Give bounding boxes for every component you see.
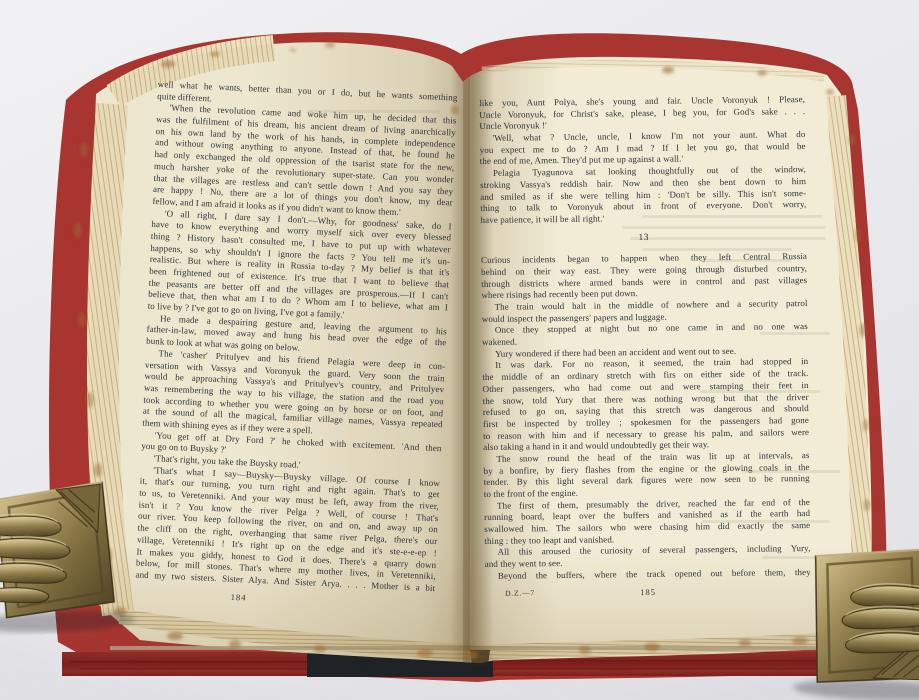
paragraph: like you, Aunt Polya, she's young and fa… [479,94,805,133]
right-page-text-bottom: Curious incidents began to happen when t… [481,251,811,582]
paragraph: 'Well, what ? Uncle, uncle, I know I'm n… [479,129,805,168]
right-page-number: 185 [640,585,656,597]
right-page-text-top: like you, Aunt Polya, she's young and fa… [479,94,807,227]
paragraph: 'O all right, I dare say I don't.—Why, f… [147,207,451,326]
paragraph: The snow round the head of the train was… [483,450,810,501]
left-page: well what he wants, better than you or I… [134,79,457,612]
paragraph: It was dark. For no reason, it seemed, t… [482,356,809,453]
paragraph: The first of them, presumably the driver… [484,497,811,548]
paragraph: The 'casher' Pritulyev and his friend Pe… [142,348,445,443]
signature-mark: D.Z.—7 [505,587,535,599]
paragraph: Curious incidents began to happen when t… [481,251,808,302]
paragraph: 'That's what I say—Buysky—Buysky village… [135,464,440,594]
brass-fingers [841,584,919,655]
paragraph: Pelagia Tyagunova sat looking thoughtful… [480,164,807,226]
right-page: like you, Aunt Polya, she's young and fa… [479,94,811,599]
section-number: 13 [481,231,807,247]
paragraph: 'When the revolution came and woke him u… [152,102,456,221]
book-photo-scene: well what he wants, better than you or I… [0,0,919,700]
left-page-text: well what he wants, better than you or I… [135,79,457,595]
